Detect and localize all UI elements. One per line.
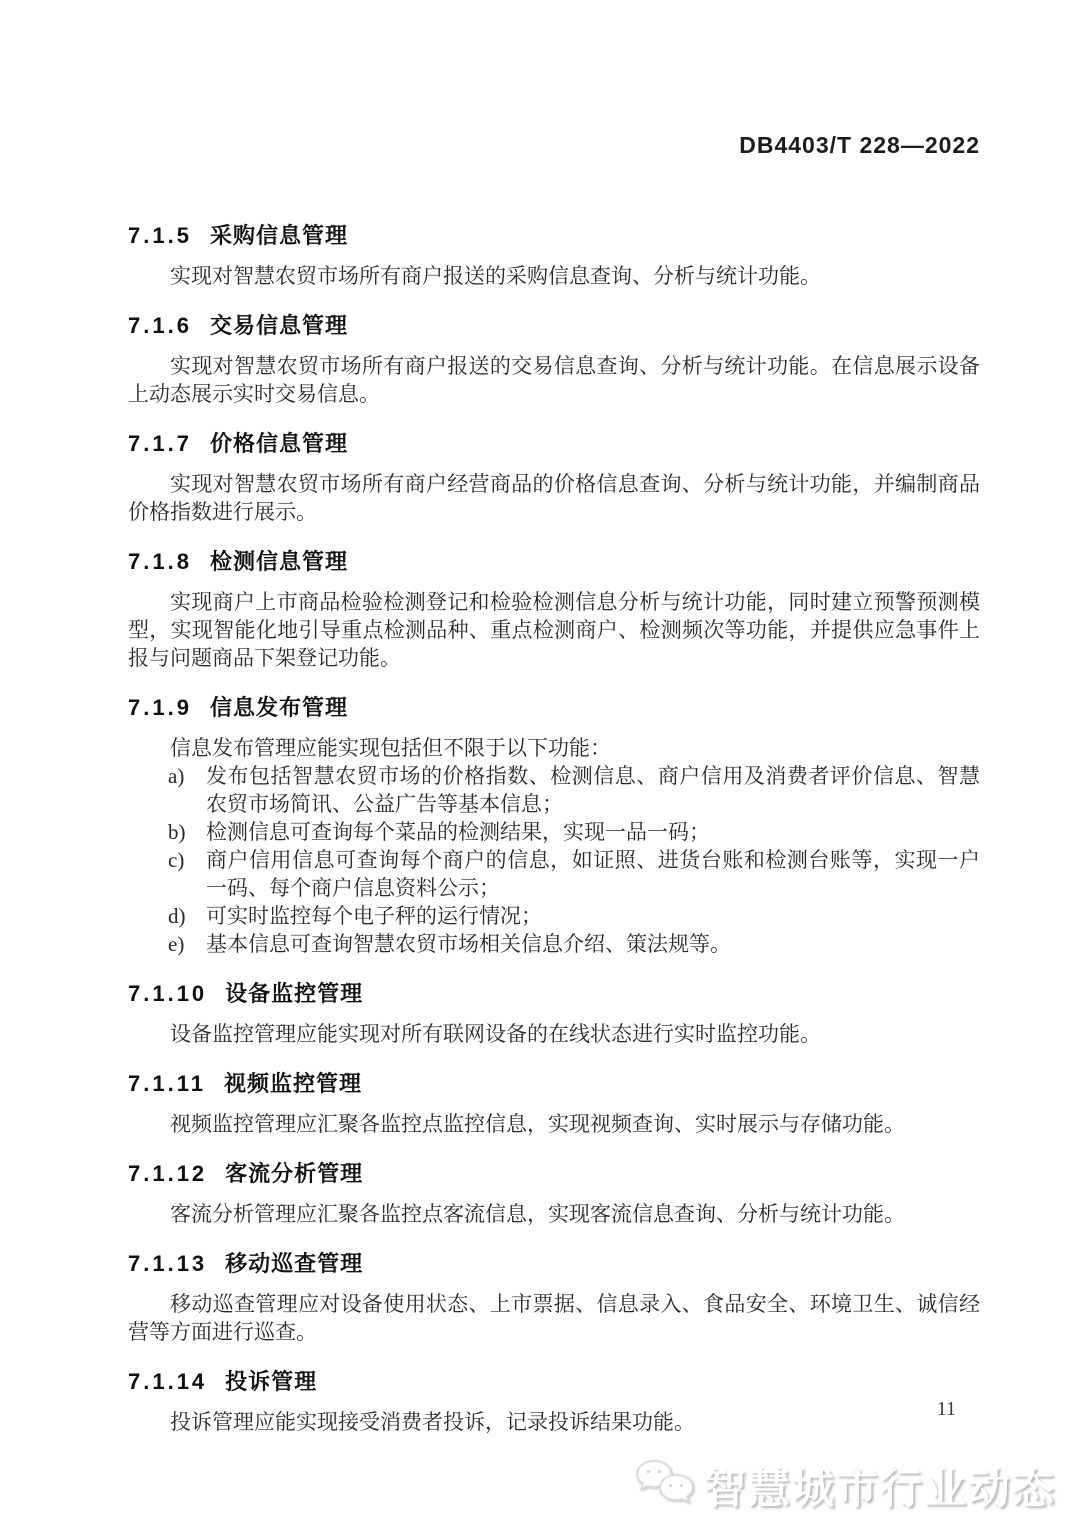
list-item: d) 可实时监控每个电子秤的运行情况； (128, 902, 980, 930)
list-item: b) 检测信息可查询每个菜品的检测结果，实现一品一码； (128, 818, 980, 846)
section-paragraph: 实现对智慧农贸市场所有商户经营商品的价格信息查询、分析与统计功能，并编制商品价格… (128, 470, 980, 526)
section-7-1-11: 7.1.11 视频监控管理 视频监控管理应汇聚各监控点监控信息，实现视频查询、实… (128, 1070, 980, 1138)
list-item: e) 基本信息可查询智慧农贸市场相关信息介绍、策法规等。 (128, 930, 980, 958)
section-title: 检测信息管理 (210, 548, 348, 575)
document-page: DB4403/T 228—2022 7.1.5 采购信息管理 实现对智慧农贸市场… (0, 0, 1080, 1527)
section-paragraph: 实现对智慧农贸市场所有商户报送的交易信息查询、分析与统计功能。在信息展示设备上动… (128, 352, 980, 408)
section-7-1-8: 7.1.8 检测信息管理 实现商户上市商品检验检测登记和检验检测信息分析与统计功… (128, 548, 980, 672)
list-item-label: c) (168, 846, 206, 902)
section-title: 交易信息管理 (210, 312, 348, 339)
section-title: 投诉管理 (225, 1368, 317, 1395)
list-item-label: e) (168, 930, 206, 958)
section-number: 7.1.9 (128, 694, 192, 721)
section-7-1-14: 7.1.14 投诉管理 投诉管理应能实现接受消费者投诉，记录投诉结果功能。 (128, 1368, 980, 1436)
section-heading: 7.1.13 移动巡查管理 (128, 1250, 980, 1277)
section-number: 7.1.8 (128, 548, 192, 575)
section-heading: 7.1.10 设备监控管理 (128, 980, 980, 1007)
section-heading: 7.1.5 采购信息管理 (128, 222, 980, 249)
feature-list: a) 发布包括智慧农贸市场的价格指数、检测信息、商户信用及消费者评价信息、智慧农… (128, 762, 980, 958)
section-heading: 7.1.9 信息发布管理 (128, 694, 980, 721)
section-heading: 7.1.14 投诉管理 (128, 1368, 980, 1395)
section-title: 客流分析管理 (225, 1160, 363, 1187)
section-paragraph: 投诉管理应能实现接受消费者投诉，记录投诉结果功能。 (128, 1408, 980, 1436)
section-7-1-13: 7.1.13 移动巡查管理 移动巡查管理应对设备使用状态、上市票据、信息录入、食… (128, 1250, 980, 1346)
section-7-1-10: 7.1.10 设备监控管理 设备监控管理应能实现对所有联网设备的在线状态进行实时… (128, 980, 980, 1048)
watermark-text: 智慧城市行业动态 (704, 1456, 1056, 1516)
section-heading: 7.1.8 检测信息管理 (128, 548, 980, 575)
section-number: 7.1.14 (128, 1368, 207, 1395)
section-7-1-6: 7.1.6 交易信息管理 实现对智慧农贸市场所有商户报送的交易信息查询、分析与统… (128, 312, 980, 408)
section-7-1-5: 7.1.5 采购信息管理 实现对智慧农贸市场所有商户报送的采购信息查询、分析与统… (128, 222, 980, 290)
list-item-label: a) (168, 762, 206, 818)
section-paragraph: 信息发布管理应能实现包括但不限于以下功能： (128, 734, 980, 762)
document-content: 7.1.5 采购信息管理 实现对智慧农贸市场所有商户报送的采购信息查询、分析与统… (128, 200, 980, 1436)
section-heading: 7.1.11 视频监控管理 (128, 1070, 980, 1097)
section-heading: 7.1.12 客流分析管理 (128, 1160, 980, 1187)
section-number: 7.1.7 (128, 430, 192, 457)
section-title: 价格信息管理 (210, 430, 348, 457)
section-paragraph: 客流分析管理应汇聚各监控点客流信息，实现客流信息查询、分析与统计功能。 (128, 1200, 980, 1228)
section-title: 采购信息管理 (210, 222, 348, 249)
list-item: c) 商户信用信息可查询每个商户的信息，如证照、进货台账和检测台账等，实现一户一… (128, 846, 980, 902)
chat-bubbles-icon (634, 1458, 696, 1515)
section-number: 7.1.12 (128, 1160, 207, 1187)
section-7-1-7: 7.1.7 价格信息管理 实现对智慧农贸市场所有商户经营商品的价格信息查询、分析… (128, 430, 980, 526)
page-number: 11 (937, 1398, 956, 1421)
list-item-text: 可实时监控每个电子秤的运行情况； (206, 902, 980, 930)
standard-document-number: DB4403/T 228—2022 (739, 132, 980, 159)
section-paragraph: 设备监控管理应能实现对所有联网设备的在线状态进行实时监控功能。 (128, 1020, 980, 1048)
section-paragraph: 实现商户上市商品检验检测登记和检验检测信息分析与统计功能，同时建立预警预测模型，… (128, 588, 980, 672)
section-number: 7.1.11 (128, 1070, 206, 1097)
section-7-1-9: 7.1.9 信息发布管理 信息发布管理应能实现包括但不限于以下功能： a) 发布… (128, 694, 980, 958)
section-heading: 7.1.6 交易信息管理 (128, 312, 980, 339)
section-paragraph: 实现对智慧农贸市场所有商户报送的采购信息查询、分析与统计功能。 (128, 262, 980, 290)
section-title: 信息发布管理 (210, 694, 348, 721)
section-heading: 7.1.7 价格信息管理 (128, 430, 980, 457)
section-7-1-12: 7.1.12 客流分析管理 客流分析管理应汇聚各监控点客流信息，实现客流信息查询… (128, 1160, 980, 1228)
section-number: 7.1.6 (128, 312, 192, 339)
list-item-text: 基本信息可查询智慧农贸市场相关信息介绍、策法规等。 (206, 930, 980, 958)
watermark: 智慧城市行业动态 (634, 1456, 1056, 1516)
section-number: 7.1.10 (128, 980, 207, 1007)
list-item-text: 发布包括智慧农贸市场的价格指数、检测信息、商户信用及消费者评价信息、智慧农贸市场… (206, 762, 980, 818)
section-number: 7.1.13 (128, 1250, 207, 1277)
section-paragraph: 视频监控管理应汇聚各监控点监控信息，实现视频查询、实时展示与存储功能。 (128, 1110, 980, 1138)
list-item-text: 商户信用信息可查询每个商户的信息，如证照、进货台账和检测台账等，实现一户一码、每… (206, 846, 980, 902)
section-title: 设备监控管理 (225, 980, 363, 1007)
list-item-text: 检测信息可查询每个菜品的检测结果，实现一品一码； (206, 818, 980, 846)
list-item: a) 发布包括智慧农贸市场的价格指数、检测信息、商户信用及消费者评价信息、智慧农… (128, 762, 980, 818)
section-number: 7.1.5 (128, 222, 192, 249)
section-title: 视频监控管理 (224, 1070, 362, 1097)
section-title: 移动巡查管理 (225, 1250, 363, 1277)
list-item-label: b) (168, 818, 206, 846)
list-item-label: d) (168, 902, 206, 930)
section-paragraph: 移动巡查管理应对设备使用状态、上市票据、信息录入、食品安全、环境卫生、诚信经营等… (128, 1290, 980, 1346)
